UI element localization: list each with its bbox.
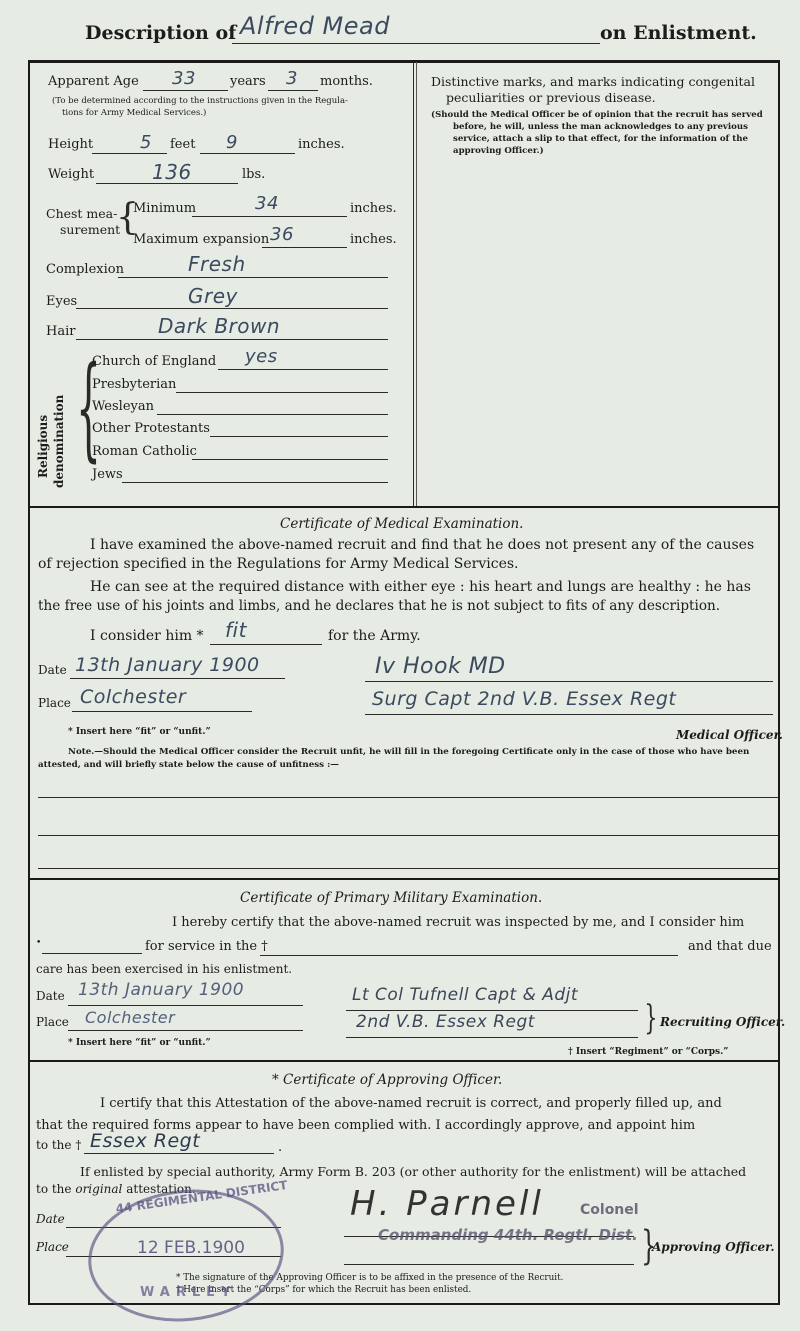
eyes-value[interactable]: Grey [188,284,238,308]
medical-para1-line2: of rejection specified in the Regulation… [38,556,519,572]
height-feet-value[interactable]: 5 [140,132,152,153]
corps-value[interactable]: Essex Regt [90,1130,200,1152]
medical-note-2: attested, and will briefly state below t… [38,760,339,770]
height-label: Height [48,137,93,152]
medical-place-value[interactable]: Colchester [80,686,186,708]
military-signature-line-1 [346,1010,638,1011]
eyes-line [76,308,388,309]
recruiting-officer-label: Recruiting Officer. [660,1015,785,1029]
hair-line [76,339,388,340]
medical-signature-name[interactable]: Iv Hook MD [375,654,506,679]
marks-value-area[interactable] [440,180,760,480]
medical-signature-line-1 [365,681,773,682]
medical-para2-line2: the free use of his joints and limbs, an… [38,598,720,614]
complexion-value[interactable]: Fresh [188,252,246,276]
weight-label: Weight [48,167,94,182]
approving-date-label: Date [36,1212,65,1226]
military-signature-line-2 [346,1037,638,1038]
unfitness-line-1[interactable] [38,797,778,798]
corps-line [84,1153,274,1154]
approving-title: * Certificate of Approving Officer. [272,1072,502,1088]
consider-line [210,644,322,645]
marks-heading-2: peculiarities or previous disease. [446,90,656,105]
chest-label-1: Chest mea- [46,206,117,221]
medical-date-label: Date [38,663,67,677]
military-insert-note: * Insert here “fit” or “unfit.” [68,1038,211,1048]
recruit-name-line [232,43,600,44]
height-inches-value[interactable]: 9 [226,132,238,153]
approving-officer-label: Approving Officer. [652,1240,775,1254]
military-date-value[interactable]: 13th January 1900 [78,980,244,1000]
military-line1: I hereby certify that the above-named re… [172,915,744,930]
religion-line [218,369,388,370]
line5-italic: original [75,1182,122,1196]
religion-church-of-england-label: Church of England [92,354,216,369]
column-divider [413,62,414,506]
religion-presbyterian-label: Presbyterian [92,377,176,392]
military-place-label: Place [36,1015,69,1029]
age-label: Apparent Age [48,74,139,89]
fit-asterisk: • [36,938,41,948]
chest-max-label: Maximum expansion [133,232,269,247]
religion-label-2: denomination [52,395,66,488]
colonel-stamp-command: Commanding 44th. Regtl. Dist. [378,1226,638,1244]
chest-min-line [192,216,347,217]
marks-note-4: approving Officer.) [453,146,544,156]
military-signature-unit[interactable]: 2nd V.B. Essex Regt [356,1012,535,1032]
religion-wesleyan-label: Wesleyan [92,399,154,414]
section-separator [28,506,780,508]
medical-officer-label: Medical Officer. [676,728,783,742]
medical-para2-line1: He can see at the required distance with… [90,579,751,595]
service-line [260,955,678,956]
religion-line [192,459,388,460]
military-line3: care has been exercised in his enlistmen… [36,962,292,976]
approving-line4: If enlisted by special authority, Army F… [80,1164,746,1179]
marks-heading-1: Distinctive marks, and marks indicating … [431,74,755,89]
medical-signature-rank[interactable]: Surg Capt 2nd V.B. Essex Regt [372,688,676,710]
military-date-line [68,1005,303,1006]
complexion-label: Complexion [46,262,124,277]
medical-note-1: Note.—Should the Medical Officer conside… [68,747,749,757]
chest-max-value[interactable]: 36 [270,224,294,245]
column-divider-inner [416,62,417,506]
eyes-label: Eyes [46,294,77,309]
military-signature-name[interactable]: Lt Col Tufnell Capt & Adjt [352,985,578,1005]
chest-label-2: surement [60,222,120,237]
title-prefix: Description of [85,22,236,44]
recruit-name[interactable]: Alfred Mead [240,12,390,40]
chest-max-line [262,247,347,248]
military-place-value[interactable]: Colchester [85,1008,175,1027]
religion-label-1: Religious [36,415,50,478]
religion-line [157,414,388,415]
consider-label: I consider him * [90,628,204,644]
religion-jews-label: Jews [92,467,123,482]
medical-signature-line-2 [365,714,773,715]
hair-label: Hair [46,324,75,339]
for-army-label: for the Army. [328,628,421,644]
unfitness-line-2[interactable] [38,835,778,836]
marks-note-3: service, attach a slip to that effect, f… [453,134,748,144]
approving-signature[interactable]: H. Parnell [350,1184,544,1224]
religion-other-protestants-label: Other Protestants [92,421,210,436]
stamp-date: 12 FEB.1900 [137,1238,245,1258]
age-months-line [268,90,318,91]
corps-period: . [278,1140,282,1155]
marks-note-2: before, he will, unless the man acknowle… [453,122,748,132]
consider-value[interactable]: fit [225,618,247,642]
religion-line [176,392,388,393]
line5-prefix: to the [36,1182,72,1196]
chest-max-inches: inches. [350,232,397,247]
to-the-label: to the † [36,1138,81,1152]
stamp-bottom-text: WARLEY [140,1285,236,1300]
age-months-value[interactable]: 3 [286,68,298,89]
section-separator [28,878,780,880]
medical-insert-note: * Insert here “fit” or “unfit.” [68,727,211,737]
section-separator [28,1060,780,1062]
height-feet-line [92,153,167,154]
feet-label: feet [170,137,195,152]
religion-roman-catholic-label: Roman Catholic [92,444,197,459]
hair-value[interactable]: Dark Brown [158,314,280,338]
years-label: years [230,74,266,89]
chest-min-label: Minimum [133,201,196,216]
age-years-value[interactable]: 33 [172,68,196,89]
military-place-line [68,1030,303,1031]
unfitness-line-3[interactable] [38,868,778,869]
marks-note-1: (Should the Medical Officer be of opinio… [431,110,763,120]
complexion-line [118,277,388,278]
medical-title: Certificate of Medical Examination. [280,516,523,532]
regiment-note: † Insert “Regiment” or “Corps.” [568,1047,728,1057]
medical-para1-line1: I have examined the above-named recruit … [90,537,754,553]
age-note-2: tions for Army Medical Services.) [62,108,206,118]
service-label: for service in the † [145,939,268,954]
inches-label: inches. [298,137,345,152]
approving-place-label: Place [36,1240,69,1254]
height-inches-line [200,153,295,154]
religion-line [122,482,388,483]
age-years-line [143,90,228,91]
medical-place-label: Place [38,696,71,710]
months-label: months. [320,74,373,89]
weight-value[interactable]: 136 [152,160,192,184]
chest-min-inches: inches. [350,201,397,216]
lbs-label: lbs. [242,167,265,182]
title-suffix: on Enlistment. [600,22,757,44]
recruiting-brace: } [644,1000,657,1036]
religion-church-of-england-value[interactable]: yes [245,346,278,367]
medical-date-value[interactable]: 13th January 1900 [75,654,260,676]
approving-line1: I certify that this Attestation of the a… [100,1096,722,1111]
military-title: Certificate of Primary Military Examinat… [240,890,542,906]
colonel-stamp-rank: Colonel [580,1202,639,1218]
age-note-1: (To be determined according to the instr… [52,96,348,106]
approving-signature-line-2 [344,1264,634,1265]
due-label: and that due [688,939,772,954]
medical-date-line [70,678,285,679]
military-date-label: Date [36,989,65,1003]
religion-line [210,436,388,437]
chest-min-value[interactable]: 34 [255,193,279,214]
military-fit-line [42,953,142,954]
medical-place-line [72,711,252,712]
